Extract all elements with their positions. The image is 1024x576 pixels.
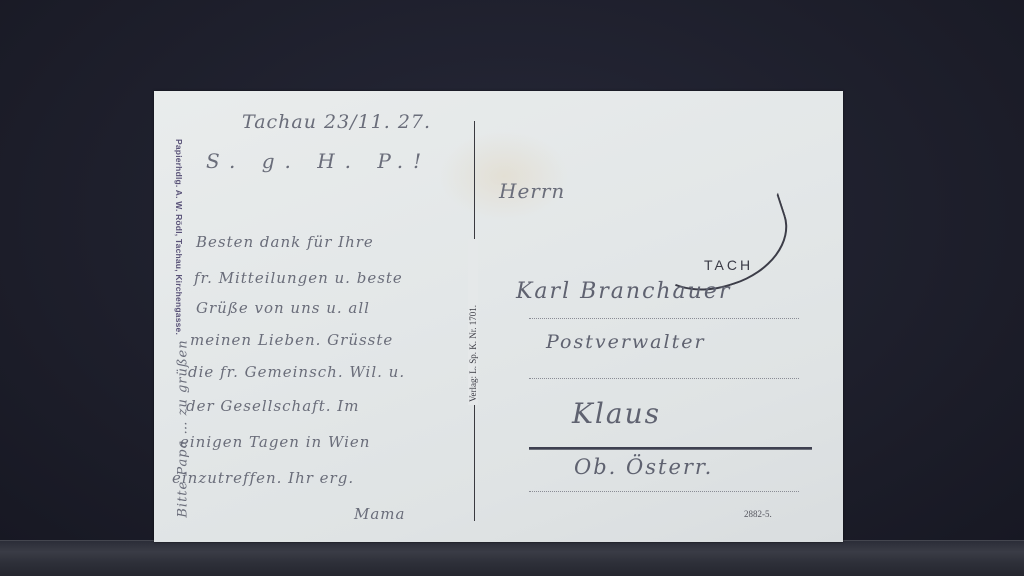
address-underline	[529, 447, 812, 450]
address-line	[529, 491, 799, 492]
paper-stain	[439, 131, 569, 221]
address-occupation: Postverwalter	[546, 331, 706, 353]
message-line: einigen Tagen in Wien	[180, 433, 370, 451]
message-line: Grüße von uns u. all	[196, 299, 370, 317]
display-shelf	[0, 540, 1024, 576]
address-line	[529, 318, 799, 319]
serial-number: 2882-5.	[744, 509, 772, 519]
margin-note: Bitte Papa … zu grüßen	[176, 339, 191, 517]
address-town: Klaus	[572, 397, 661, 430]
message-line: Besten dank für Ihre	[196, 233, 374, 251]
address-title: Herrn	[499, 179, 565, 203]
message-line: einzutreffen. Ihr erg.	[172, 469, 354, 487]
message-signature: Mama	[354, 505, 405, 523]
address-name: Karl Branchauer	[516, 279, 731, 304]
message-salutation: S. g. H. P.!	[206, 149, 431, 173]
postmark-text: TACH	[704, 257, 753, 273]
address-region: Ob. Österr.	[574, 455, 713, 479]
verlag-imprint: Verlag: L. Sp. K. Nr. 1701.	[468, 239, 478, 405]
postcard: Papierhdlg. A. W. Rödl, Tachau, Kircheng…	[154, 91, 843, 542]
message-line: fr. Mitteilungen u. beste	[194, 269, 403, 287]
address-line	[529, 378, 799, 379]
message-line: die fr. Gemeinsch. Wil. u.	[188, 363, 405, 381]
message-line: meinen Lieben. Grüsste	[190, 331, 393, 349]
message-place-date: Tachau 23/11. 27.	[242, 111, 431, 133]
message-line: der Gesellschaft. Im	[186, 397, 359, 415]
